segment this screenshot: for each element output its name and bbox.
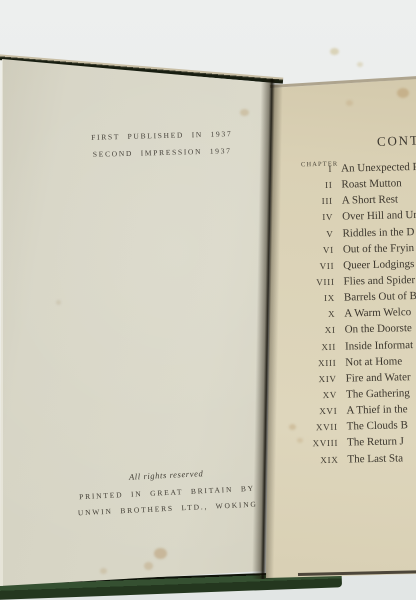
toc-chapter-title: The Last Sta (347, 452, 403, 465)
toc-chapter-numeral: X (281, 309, 335, 320)
toc-chapter-title: Barrels Out of B (344, 290, 416, 304)
toc-chapter-numeral: XVI (283, 406, 337, 417)
book-photo: FIRST PUBLISHED IN 1937 SECOND IMPRESSIO… (0, 0, 416, 600)
toc-chapter-title: The Clouds B (347, 419, 408, 432)
toc-list: I An Unexpected Pa II Roast Mutton III A… (278, 159, 416, 470)
toc-chapter-numeral: XIV (283, 374, 337, 385)
toc-chapter-title: Not at Home (345, 355, 402, 368)
toc-chapter-title: Inside Informat (345, 339, 413, 352)
toc-chapter-title: The Return J (347, 436, 404, 449)
toc-chapter-numeral: XI (282, 325, 336, 336)
toc-chapter-numeral: IV (279, 212, 333, 223)
toc-chapter-title: An Unexpected Pa (341, 161, 416, 175)
printer-notice: All rights reserved PRINTED IN GREAT BRI… (71, 464, 263, 520)
toc-chapter-numeral: XVII (284, 422, 338, 433)
toc-chapter-title: On the Doorste (345, 323, 412, 336)
toc-chapter-numeral: XII (282, 341, 336, 352)
toc-chapter-title: Flies and Spider (343, 274, 415, 288)
toc-chapter-numeral: XV (283, 390, 337, 401)
left-page-paper-edge (0, 60, 3, 586)
toc-chapter-title: Roast Mutton (341, 177, 401, 190)
toc-chapter-numeral: VI (280, 245, 334, 256)
toc-chapter-numeral: V (279, 228, 333, 239)
toc-chapter-numeral: VII (280, 261, 334, 272)
toc-chapter-title: A Short Rest (342, 194, 398, 207)
toc-chapter-numeral: VIII (280, 277, 334, 288)
foxing-spot (357, 62, 363, 67)
toc-chapter-numeral: XVIII (284, 438, 338, 449)
toc-chapter-title: Queer Lodgings (343, 258, 414, 272)
toc-chapter-title: Over Hill and Un (342, 209, 416, 223)
toc-chapter-title: Riddles in the D (342, 226, 414, 240)
toc-chapter-numeral: XIX (284, 454, 338, 465)
edition-notice: FIRST PUBLISHED IN 1937 SECOND IMPRESSIO… (70, 125, 255, 164)
toc-chapter-numeral: III (279, 196, 333, 207)
toc-chapter-title: Out of the Fryin (343, 242, 414, 256)
toc-chapter-title: A Warm Welco (344, 306, 411, 319)
foxing-spot (330, 48, 339, 55)
toc-chapter-title: Fire and Water (346, 371, 411, 384)
toc-chapter-numeral: II (278, 180, 332, 191)
toc-chapter-numeral: IX (281, 293, 335, 304)
contents-heading: CONTE (377, 132, 416, 150)
toc-chapter-numeral: XIII (282, 357, 336, 368)
toc-chapter-title: The Gathering (346, 387, 410, 400)
toc-chapter-title: A Thief in the (346, 403, 407, 416)
toc-chapter-numeral: I (278, 164, 332, 175)
